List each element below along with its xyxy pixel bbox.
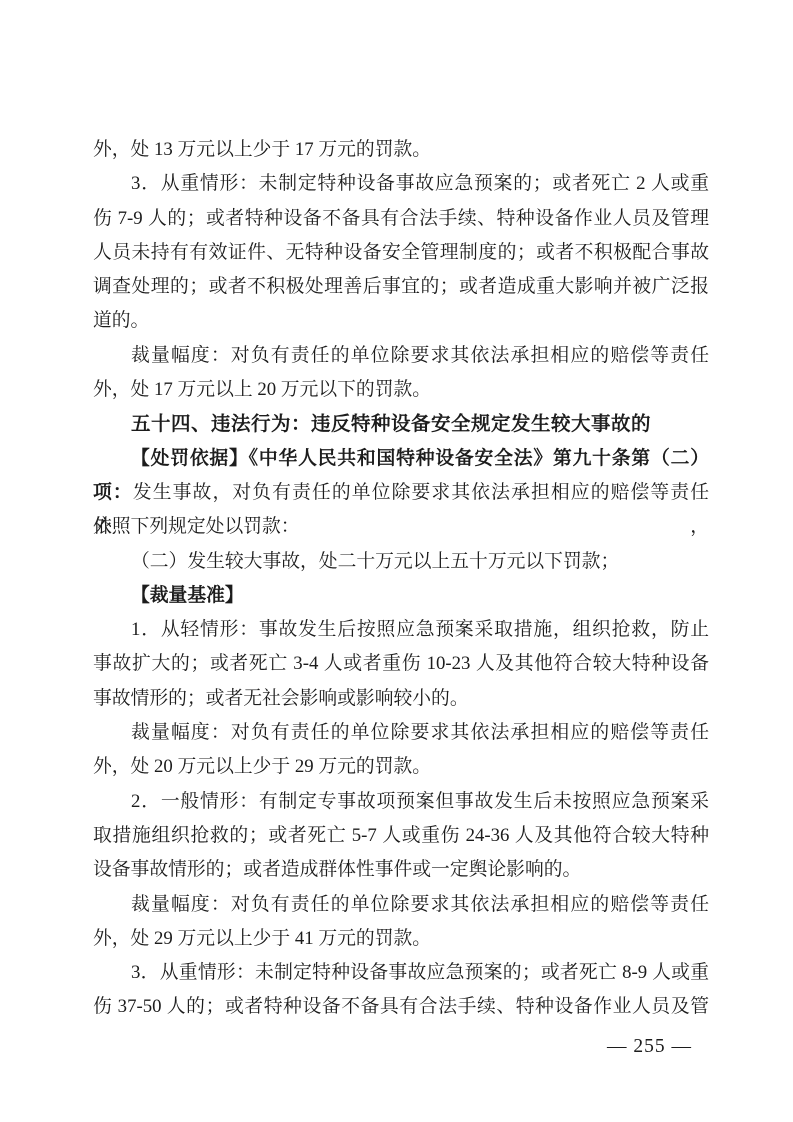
text-segment: 人员未持有有效证件、无特种设备安全管理制度的；或者不积极配合事故 xyxy=(93,242,709,263)
text-line: （二）发生较大事故，处二十万元以上五十万元以下罚款； xyxy=(93,545,709,579)
text-segment: 裁量幅度：对负有责任的单位除要求其依法承担相应的赔偿等责任 xyxy=(131,722,709,743)
text-segment: 五十四、违法行为：违反特种设备安全规定发生较大事故的 xyxy=(131,413,651,435)
text-segment: 裁量幅度：对负有责任的单位除要求其依法承担相应的赔偿等责任 xyxy=(131,894,709,915)
text-line: 【裁量基准】 xyxy=(93,579,709,613)
text-segment: 3．从重情形：未制定特种设备事故应急预案的；或者死亡 2 人或重 xyxy=(131,173,709,194)
text-line: 裁量幅度：对负有责任的单位除要求其依法承担相应的赔偿等责任 xyxy=(93,716,709,750)
text-line: 外，处 13 万元以上少于 17 万元的罚款。 xyxy=(93,133,709,167)
text-line: 裁量幅度：对负有责任的单位除要求其依法承担相应的赔偿等责任 xyxy=(93,888,709,922)
text-line: 2．一般情形：有制定专事故项预案但事故发生后未按照应急预案采 xyxy=(93,785,709,819)
document-page: 外，处 13 万元以上少于 17 万元的罚款。3．从重情形：未制定特种设备事故应… xyxy=(0,0,793,1122)
text-segment: 外，处 29 万元以上少于 41 万元的罚款。 xyxy=(93,928,431,949)
text-line: 外，处 29 万元以上少于 41 万元的罚款。 xyxy=(93,922,709,956)
text-segment: 外，处 13 万元以上少于 17 万元的罚款。 xyxy=(93,139,431,160)
text-line: 3．从重情形：未制定特种设备事故应急预案的；或者死亡 2 人或重 xyxy=(93,167,709,201)
text-segment: 伤 7-9 人的；或者特种设备不备具有合法手续、特种设备作业人员及管理 xyxy=(93,208,709,229)
text-line: 外，处 20 万元以上少于 29 万元的罚款。 xyxy=(93,750,709,784)
text-segment: 取措施组织抢救的；或者死亡 5-7 人或重伤 24-36 人及其他符合较大特种 xyxy=(93,825,709,846)
text-segment: 1．从轻情形：事故发生后按照应急预案采取措施，组织抢救，防止 xyxy=(131,619,709,640)
text-segment: 3．从重情形：未制定特种设备事故应急预案的；或者死亡 8-9 人或重 xyxy=(131,962,709,983)
text-line: 3．从重情形：未制定特种设备事故应急预案的；或者死亡 8-9 人或重 xyxy=(93,956,709,990)
text-line: 事故扩大的；或者死亡 3-4 人或者重伤 10-23 人及其他符合较大特种设备 xyxy=(93,647,709,681)
text-line: 调查处理的；或者不积极处理善后事宜的；或者造成重大影响并被广泛报 xyxy=(93,270,709,304)
text-line: 裁量幅度：对负有责任的单位除要求其依法承担相应的赔偿等责任 xyxy=(93,339,709,373)
bold-text-segment: 【处罚依据】《中华人民共和国特种设备安全法》第九十条第（二） xyxy=(131,448,709,469)
text-segment: （二）发生较大事故，处二十万元以上五十万元以下罚款； xyxy=(131,551,619,572)
text-segment: 外，处 17 万元以上 20 万元以下的罚款。 xyxy=(93,379,431,400)
text-line: 外，处 17 万元以上 20 万元以下的罚款。 xyxy=(93,373,709,407)
text-line: 伤 37-50 人的；或者特种设备不备具有合法手续、特种设备作业人员及管 xyxy=(93,990,709,1024)
text-line: 设备事故情形的；或者造成群体性事件或一定舆论影响的。 xyxy=(93,853,709,887)
text-segment: 调查处理的；或者不积极处理善后事宜的；或者造成重大影响并被广泛报 xyxy=(93,276,709,297)
text-line: 事故情形的；或者无社会影响或影响较小的。 xyxy=(93,682,709,716)
text-segment: 外，处 20 万元以上少于 29 万元的罚款。 xyxy=(93,756,431,777)
text-segment: 道的。 xyxy=(93,310,149,331)
text-segment: 事故扩大的；或者死亡 3-4 人或者重伤 10-23 人及其他符合较大特种设备 xyxy=(93,653,709,674)
text-segment: 2．一般情形：有制定专事故项预案但事故发生后未按照应急预案采 xyxy=(131,791,709,812)
text-line: 伤 7-9 人的；或者特种设备不备具有合法手续、特种设备作业人员及管理 xyxy=(93,202,709,236)
text-line: 道的。 xyxy=(93,304,709,338)
page-number: — 255 — xyxy=(607,1032,692,1062)
text-segment: 设备事故情形的；或者造成群体性事件或一定舆论影响的。 xyxy=(93,859,581,880)
text-line: 【处罚依据】《中华人民共和国特种设备安全法》第九十条第（二） xyxy=(93,442,709,476)
text-segment: 依照下列规定处以罚款： xyxy=(93,516,300,537)
text-line: 取措施组织抢救的；或者死亡 5-7 人或重伤 24-36 人及其他符合较大特种 xyxy=(93,819,709,853)
text-segment: 裁量幅度：对负有责任的单位除要求其依法承担相应的赔偿等责任 xyxy=(131,345,709,366)
section-heading: 五十四、违法行为：违反特种设备安全规定发生较大事故的 xyxy=(93,407,709,441)
text-line: 1．从轻情形：事故发生后按照应急预案采取措施，组织抢救，防止 xyxy=(93,613,709,647)
bold-text-segment: 项： xyxy=(93,482,133,503)
text-segment: 伤 37-50 人的；或者特种设备不备具有合法手续、特种设备作业人员及管 xyxy=(93,996,709,1017)
text-segment: 事故情形的；或者无社会影响或影响较小的。 xyxy=(93,688,469,709)
text-line: 人员未持有有效证件、无特种设备安全管理制度的；或者不积极配合事故 xyxy=(93,236,709,270)
page-body-text: 外，处 13 万元以上少于 17 万元的罚款。3．从重情形：未制定特种设备事故应… xyxy=(93,133,709,1025)
text-line: 项：发生事故，对负有责任的单位除要求其依法承担相应的赔偿等责任外， xyxy=(93,476,709,510)
text-segment: 【裁量基准】 xyxy=(131,585,244,606)
